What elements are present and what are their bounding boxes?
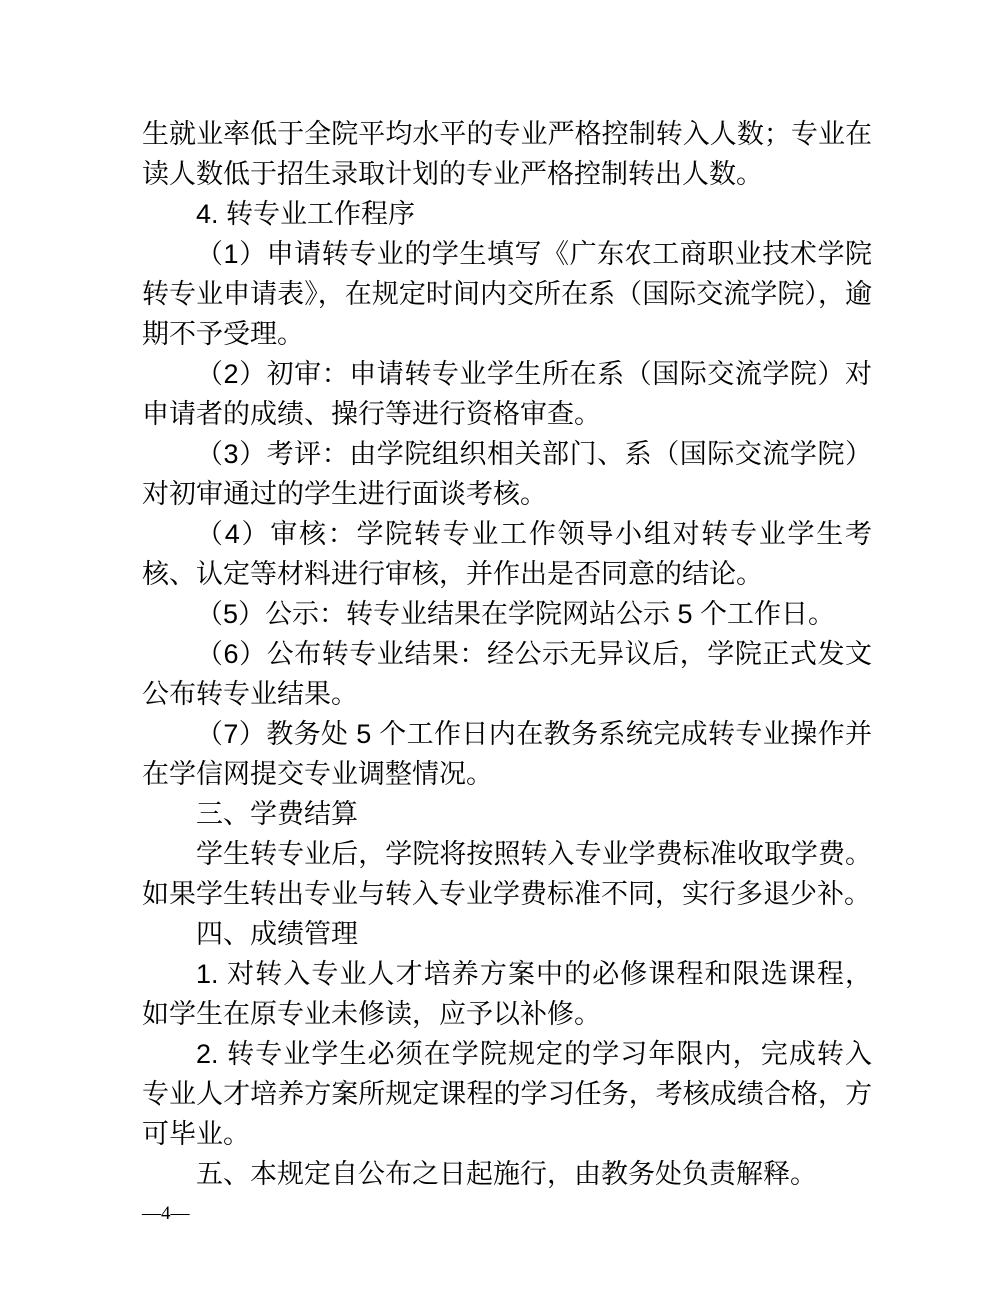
paragraph: 学生转专业后，学院将按照转入专业学费标准收取学费。如果学生转出专业与转入专业学费… [142,834,872,914]
paragraph: 4. 转专业工作程序 [142,194,872,234]
paragraph: 生就业率低于全院平均水平的专业严格控制转入人数；专业在读人数低于招生录取计划的专… [142,114,872,194]
document-body: 生就业率低于全院平均水平的专业严格控制转入人数；专业在读人数低于招生录取计划的专… [142,114,872,1194]
section-heading: 三、学费结算 [142,794,872,834]
paragraph: （1）申请转专业的学生填写《广东农工商职业技术学院转专业申请表》，在规定时间内交… [142,234,872,354]
paragraph: （7）教务处 5 个工作日内在教务系统完成转专业操作并在学信网提交专业调整情况。 [142,714,872,794]
paragraph: （3）考评：由学院组织相关部门、系（国际交流学院）对初审通过的学生进行面谈考核。 [142,434,872,514]
page-number: —4— [142,1203,190,1225]
paragraph: （6）公布转专业结果：经公示无异议后，学院正式发文公布转专业结果。 [142,634,872,714]
paragraph: （5）公示：转专业结果在学院网站公示 5 个工作日。 [142,594,872,634]
paragraph: 1. 对转入专业人才培养方案中的必修课程和限选课程，如学生在原专业未修读，应予以… [142,954,872,1034]
paragraph: （2）初审：申请转专业学生所在系（国际交流学院）对申请者的成绩、操行等进行资格审… [142,354,872,434]
paragraph: 2. 转专业学生必须在学院规定的学习年限内，完成转入专业人才培养方案所规定课程的… [142,1034,872,1154]
section-heading: 四、成绩管理 [142,914,872,954]
section-heading: 五、本规定自公布之日起施行，由教务处负责解释。 [142,1154,872,1194]
document-page: 生就业率低于全院平均水平的专业严格控制转入人数；专业在读人数低于招生录取计划的专… [0,0,1000,1300]
paragraph: （4）审核：学院转专业工作领导小组对转专业学生考核、认定等材料进行审核，并作出是… [142,514,872,594]
